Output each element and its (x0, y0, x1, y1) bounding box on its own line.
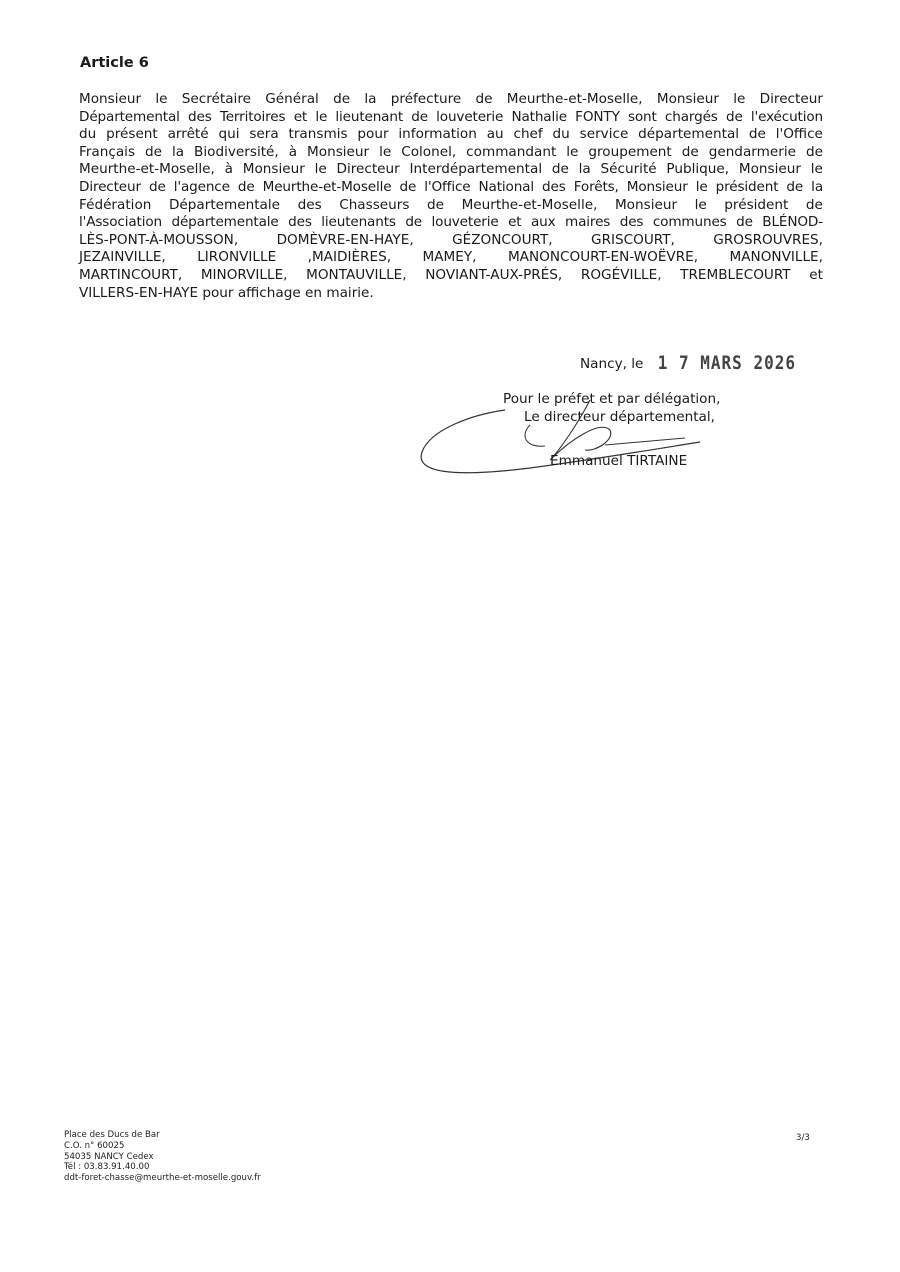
signature-line-1: Pour le préfet et par délégation, (503, 391, 720, 407)
paragraph-line: Meurthe-et-Moselle,àMonsieurleDirecteurI… (79, 161, 823, 179)
footer-address: Place des Ducs de Bar C.O. n° 60025 5403… (64, 1130, 261, 1184)
footer-line: C.O. n° 60025 (64, 1141, 261, 1152)
paragraph-line: JEZAINVILLE,LIRONVILLE,MAIDIÈRES,MAMEY,M… (79, 249, 823, 267)
footer-line: Place des Ducs de Bar (64, 1130, 261, 1141)
footer-email: ddt-foret-chasse@meurthe-et-moselle.gouv… (64, 1173, 261, 1184)
paragraph-line: VILLERS-EN-HAYE pour affichage en mairie… (79, 285, 823, 303)
date-line: Nancy, le 1 7 MARS 2026 (580, 353, 796, 372)
page-number: 3/3 (796, 1133, 810, 1143)
place-prefix: Nancy, le (580, 356, 643, 372)
signature-line-2: Le directeur départemental, (524, 409, 715, 425)
paragraph-line: MonsieurleSecrétaireGénéraldelapréfectur… (79, 91, 823, 109)
paragraph-line: MARTINCOURT,MINORVILLE,MONTAUVILLE,NOVIA… (79, 267, 823, 285)
paragraph-line: LÈS-PONT-À-MOUSSON,DOMÈVRE-EN-HAYE,GÉZON… (79, 232, 823, 250)
footer-line: Tél : 03.83.91.40.00 (64, 1162, 261, 1173)
paragraph-line: Directeur de l'agence de Meurthe-et-Mose… (79, 179, 823, 197)
date-stamp: 1 7 MARS 2026 (658, 352, 796, 374)
paragraph-line: l'Association départementale des lieuten… (79, 214, 823, 232)
article-heading: Article 6 (80, 55, 149, 71)
article-body: MonsieurleSecrétaireGénéraldelapréfectur… (79, 91, 823, 302)
paragraph-line: FédérationDépartementaledesChasseursdeMe… (79, 197, 823, 215)
paragraph-line: Départemental des Territoires et le lieu… (79, 109, 823, 127)
paragraph-line: duprésentarrêtéquiseratransmispourinform… (79, 126, 823, 144)
footer-line: 54035 NANCY Cedex (64, 1152, 261, 1163)
paragraph-line: FrançaisdelaBiodiversité,àMonsieurleColo… (79, 144, 823, 162)
signatory-name: Emmanuel TIRTAINE (550, 453, 687, 469)
